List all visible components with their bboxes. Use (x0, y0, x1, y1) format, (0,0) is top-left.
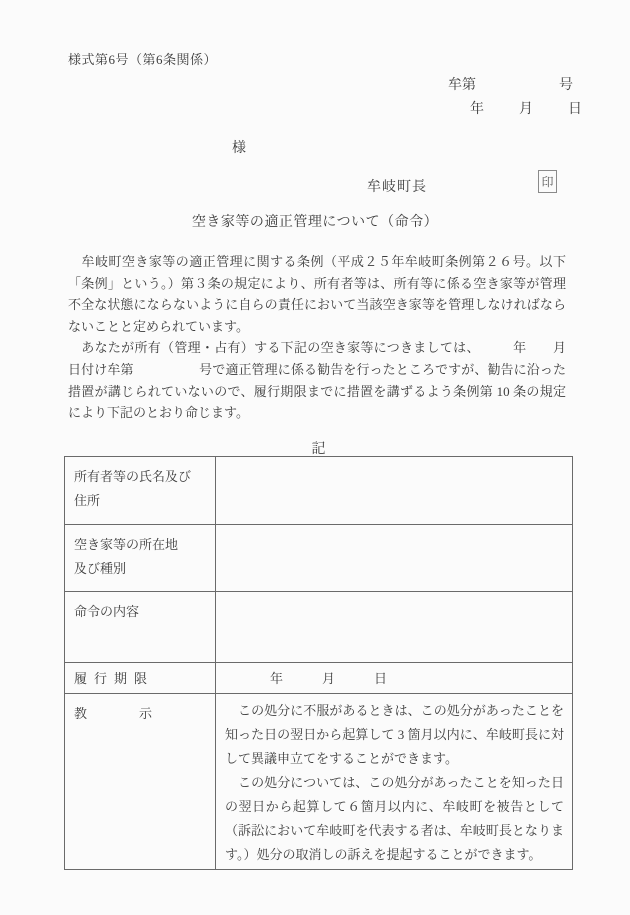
order-details-table: 所有者等の氏名及び 住所 空き家等の所在地 及び種別 命令の内容 履行期限 年 … (64, 456, 573, 870)
date-day-label: 日 (568, 98, 582, 118)
document-number-prefix: 牟第 (448, 74, 476, 94)
document-title: 空き家等の適正管理について（命令） (0, 211, 630, 231)
seal-placeholder-box: 印 (538, 170, 557, 193)
document-number-suffix: 号 (559, 74, 573, 94)
table-row-owner: 所有者等の氏名及び 住所 (65, 457, 573, 525)
deadline-value: 年 月 日 (225, 667, 564, 691)
table-row-location: 空き家等の所在地 及び種別 (65, 525, 573, 592)
order-content-label: 命令の内容 (65, 592, 216, 663)
vacant-house-location-value (216, 525, 573, 592)
deadline-label: 履行期限 (65, 663, 216, 694)
body-paragraph-1: 牟岐町空き家等の適正管理に関する条例（平成２５年牟岐町条例第２６号。以下「条例」… (68, 251, 566, 337)
table-row-order-content: 命令の内容 (65, 592, 573, 663)
addressee-honorific: 様 (232, 137, 246, 157)
record-heading: 記 (64, 438, 573, 458)
instruction-label: 教示 (65, 694, 216, 870)
owner-name-address-value (216, 457, 573, 525)
order-content-value (216, 592, 573, 663)
issuer-title: 牟岐町長 (367, 176, 427, 196)
body-paragraph-2: あなたが所有（管理・占有）する下記の空き家等につきましては、 年 月 日付け牟第… (68, 337, 566, 423)
document-page: 様式第6号（第6条関係） 牟第 号 年 月 日 様 牟岐町長 印 空き家等の適正… (0, 0, 630, 915)
seal-label: 印 (541, 173, 553, 190)
date-year-label: 年 (470, 98, 484, 118)
form-number: 様式第6号（第6条関係） (68, 49, 217, 68)
owner-name-address-label: 所有者等の氏名及び 住所 (65, 457, 216, 525)
table-row-deadline: 履行期限 年 月 日 (65, 663, 573, 694)
table-row-instruction: 教示 この処分に不服があるときは、この処分があったことを知った日の翌日から起算し… (65, 694, 573, 870)
instruction-text: この処分に不服があるときは、この処分があったことを知った日の翌日から起算して 3… (216, 694, 573, 870)
vacant-house-location-label: 空き家等の所在地 及び種別 (65, 525, 216, 592)
document-body: 牟岐町空き家等の適正管理に関する条例（平成２５年牟岐町条例第２６号。以下「条例」… (68, 251, 566, 424)
date-month-label: 月 (519, 98, 533, 118)
date-line: 年 月 日 (470, 98, 582, 118)
document-number-line: 牟第 号 (448, 74, 573, 94)
